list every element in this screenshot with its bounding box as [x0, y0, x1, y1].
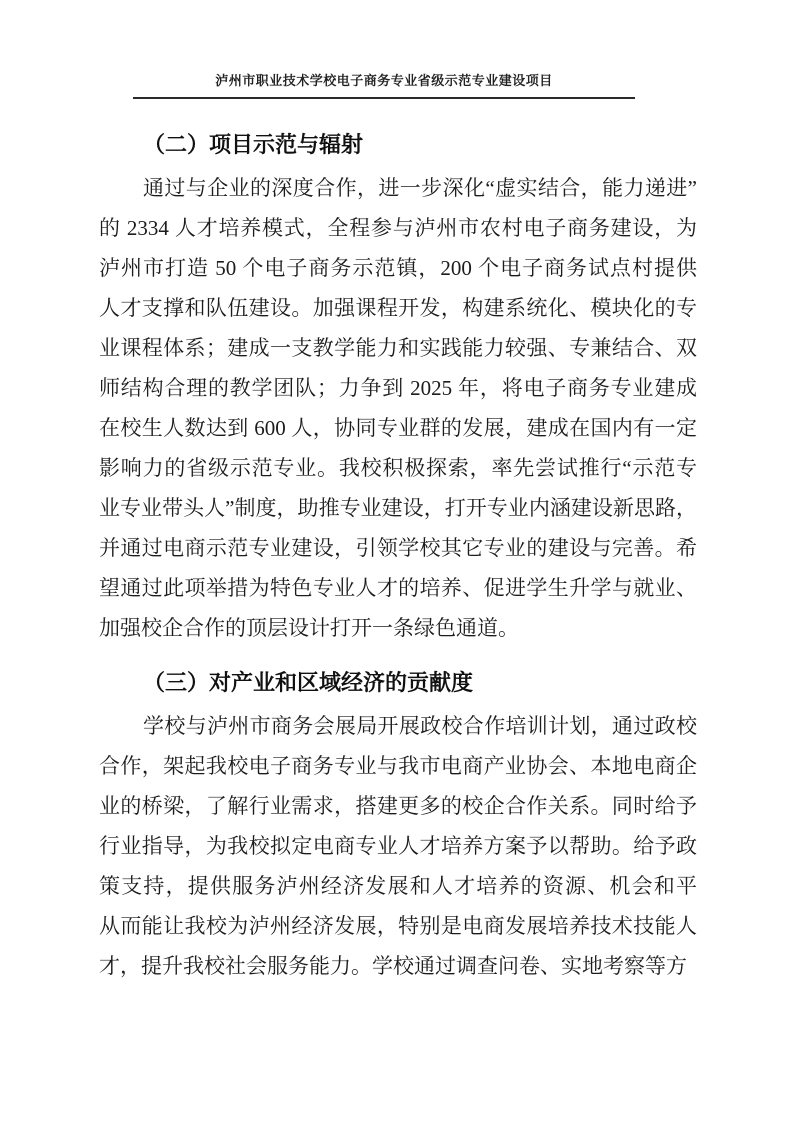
- paragraph-line: 师结构合理的教学团队；力争到 2025 年，将电子商务专业建成: [99, 368, 697, 408]
- paragraph-economic-contribution: 学校与泸州市商务会展局开展政校合作培训计划，通过政校 合作，架起我校电子商务专业…: [99, 706, 697, 986]
- header-divider-line: [133, 97, 635, 99]
- paragraph-line: 影响力的省级示范专业。我校积极探索，率先尝试推行“示范专: [99, 448, 697, 488]
- paragraph-line: 从而能让我校为泸州经济发展，特别是电商发展培养技术技能人: [99, 906, 697, 946]
- document-page: 泸州市职业技术学校电子商务专业省级示范专业建设项目 （二）项目示范与辐射 通过与…: [0, 0, 793, 1122]
- paragraph-project-demonstration: 通过与企业的深度合作，进一步深化“虚实结合，能力递进” 的 2334 人才培养模…: [99, 168, 697, 648]
- paragraph-line: 业课程体系；建成一支教学能力和实践能力较强、专兼结合、双: [99, 328, 697, 368]
- paragraph-line: 才，提升我校社会服务能力。学校通过调查问卷、实地考察等方: [99, 946, 697, 986]
- paragraph-line: 望通过此项举措为特色专业人才的培养、促进学生升学与就业、: [99, 568, 697, 608]
- header-title: 泸州市职业技术学校电子商务专业省级示范专业建设项目: [133, 72, 635, 90]
- section-heading-project-demonstration: （二）项目示范与辐射: [99, 130, 697, 160]
- paragraph-line: 并通过电商示范专业建设，引领学校其它专业的建设与完善。希: [99, 528, 697, 568]
- paragraph-line: 的 2334 人才培养模式，全程参与泸州市农村电子商务建设，为: [99, 208, 697, 248]
- paragraph-line: 通过与企业的深度合作，进一步深化“虚实结合，能力递进”: [99, 168, 697, 208]
- page-header: 泸州市职业技术学校电子商务专业省级示范专业建设项目: [133, 72, 635, 99]
- paragraph-line: 行业指导，为我校拟定电商专业人才培养方案予以帮助。给予政: [99, 826, 697, 866]
- paragraph-line: 学校与泸州市商务会展局开展政校合作培训计划，通过政校: [99, 706, 697, 746]
- section-heading-economic-contribution: （三）对产业和区域经济的贡献度: [99, 668, 697, 698]
- paragraph-line: 加强校企合作的顶层设计打开一条绿色通道。: [99, 608, 697, 648]
- document-body: （二）项目示范与辐射 通过与企业的深度合作，进一步深化“虚实结合，能力递进” 的…: [99, 130, 697, 986]
- paragraph-line: 泸州市打造 50 个电子商务示范镇，200 个电子商务试点村提供: [99, 248, 697, 288]
- paragraph-line: 合作，架起我校电子商务专业与我市电商产业协会、本地电商企: [99, 746, 697, 786]
- paragraph-line: 人才支撑和队伍建设。加强课程开发，构建系统化、模块化的专: [99, 288, 697, 328]
- paragraph-line: 在校生人数达到 600 人，协同专业群的发展，建成在国内有一定: [99, 408, 697, 448]
- paragraph-line: 策支持，提供服务泸州经济发展和人才培养的资源、机会和平台。: [99, 866, 697, 906]
- paragraph-line: 业专业带头人”制度，助推专业建设，打开专业内涵建设新思路，: [99, 488, 697, 528]
- paragraph-line: 业的桥梁，了解行业需求，搭建更多的校企合作关系。同时给予: [99, 786, 697, 826]
